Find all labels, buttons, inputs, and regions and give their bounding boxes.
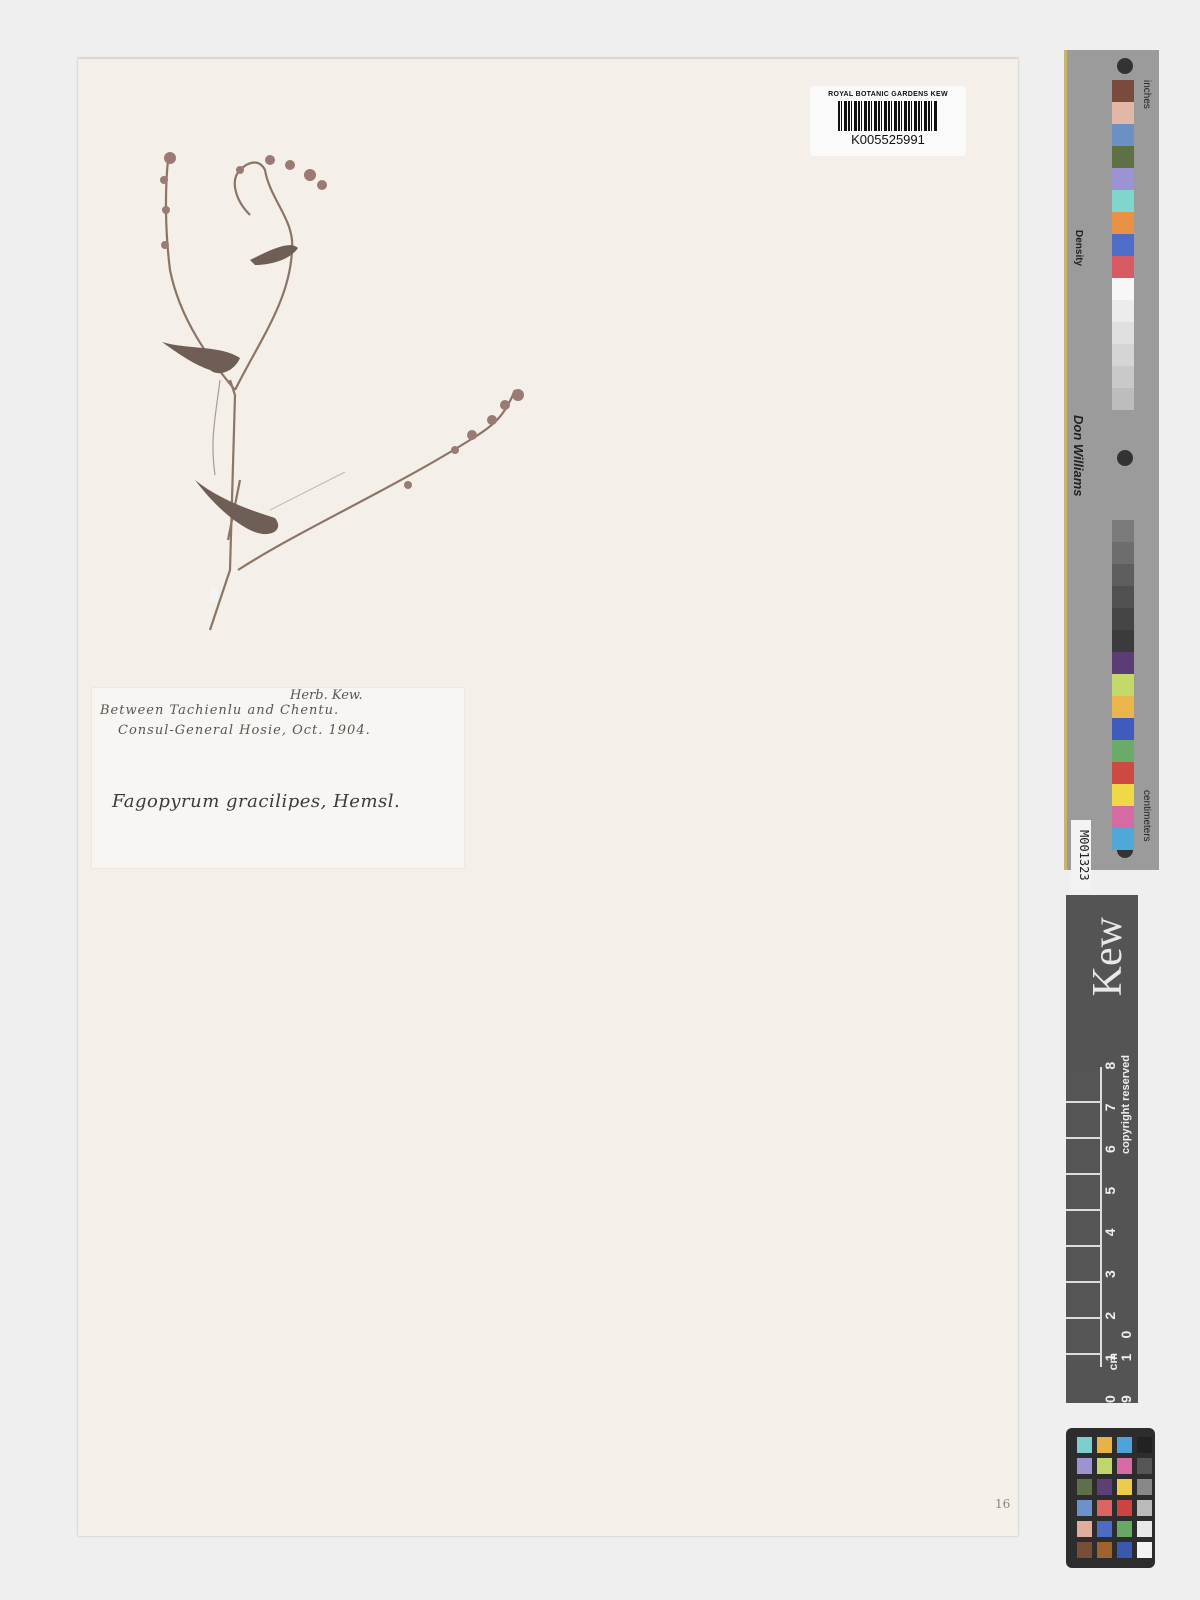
color-patch xyxy=(1137,1521,1152,1537)
color-patch xyxy=(1112,520,1134,542)
color-patch xyxy=(1112,542,1134,564)
color-patch xyxy=(1137,1542,1152,1558)
centimeters-label: centimeters xyxy=(1141,790,1152,842)
sheet-number: 16 xyxy=(995,1497,1010,1511)
color-patch xyxy=(1112,608,1134,630)
color-patch xyxy=(1117,1437,1132,1453)
color-patch xyxy=(1112,102,1134,124)
color-patch xyxy=(1137,1500,1152,1516)
pressed-plant-specimen xyxy=(140,140,540,640)
color-patch xyxy=(1097,1542,1112,1558)
color-density-ruler: inches Density Don Williams centimeters … xyxy=(1064,50,1159,870)
color-patch xyxy=(1112,234,1134,256)
specimen-label: Herb. Kew. Between Tachienlu and Chentu.… xyxy=(92,688,464,868)
color-patch xyxy=(1112,586,1134,608)
color-patch xyxy=(1112,696,1134,718)
color-patch xyxy=(1097,1437,1112,1453)
color-patch xyxy=(1112,278,1134,300)
color-swatches-top xyxy=(1112,80,1134,410)
color-patch xyxy=(1112,300,1134,322)
herbarium-heading: Herb. Kew. xyxy=(290,688,363,703)
color-patch xyxy=(1112,740,1134,762)
cm-unit-label: cm xyxy=(1106,1353,1120,1370)
copyright-text: copyright reserved xyxy=(1120,1055,1132,1154)
color-patch xyxy=(1112,146,1134,168)
locality-text: Between Tachienlu and Chentu. xyxy=(100,703,339,718)
color-patch xyxy=(1112,344,1134,366)
density-label: Density xyxy=(1073,230,1084,266)
color-patch xyxy=(1097,1479,1112,1495)
color-patch xyxy=(1112,322,1134,344)
color-patch-grid xyxy=(1077,1437,1152,1558)
color-patch xyxy=(1112,806,1134,828)
determination-text: Fagopyrum gracilipes, Hemsl. xyxy=(112,791,400,812)
color-patch xyxy=(1117,1521,1132,1537)
kew-scale-ruler: Kew 0 1 2 3 4 5 6 7 8 9 10 copyright res… xyxy=(1066,895,1138,1403)
color-patch xyxy=(1112,256,1134,278)
kew-logo: Kew xyxy=(1084,917,1132,996)
color-patch xyxy=(1112,630,1134,652)
color-patch xyxy=(1112,828,1134,850)
ruler-id: M001323 xyxy=(1071,820,1091,890)
color-patch xyxy=(1112,212,1134,234)
ruler-hole-icon xyxy=(1117,450,1133,466)
color-patch xyxy=(1117,1542,1132,1558)
color-patch xyxy=(1077,1542,1092,1558)
ruler-hole-icon xyxy=(1117,58,1133,74)
color-patch xyxy=(1137,1437,1152,1453)
color-patch xyxy=(1112,366,1134,388)
color-patch xyxy=(1112,168,1134,190)
cm-scale-bar xyxy=(1066,1067,1102,1367)
institution-name: ROYAL BOTANIC GARDENS KEW xyxy=(810,91,966,98)
color-patch xyxy=(1077,1500,1092,1516)
color-patch xyxy=(1137,1479,1152,1495)
color-patch xyxy=(1112,718,1134,740)
color-checker-card xyxy=(1066,1428,1155,1568)
color-patch xyxy=(1077,1479,1092,1495)
color-swatches-bottom xyxy=(1112,520,1134,850)
barcode-number: K005525991 xyxy=(810,132,966,147)
color-patch xyxy=(1112,388,1134,410)
barcode-label: ROYAL BOTANIC GARDENS KEW K005525991 xyxy=(810,86,966,156)
color-patch xyxy=(1112,190,1134,212)
color-patch xyxy=(1112,124,1134,146)
color-patch xyxy=(1112,674,1134,696)
color-patch xyxy=(1117,1479,1132,1495)
color-patch xyxy=(1077,1437,1092,1453)
color-patch xyxy=(1077,1521,1092,1537)
color-patch xyxy=(1097,1458,1112,1474)
barcode-icon xyxy=(838,101,938,131)
color-patch xyxy=(1112,652,1134,674)
color-patch xyxy=(1112,762,1134,784)
color-patch xyxy=(1112,80,1134,102)
color-patch xyxy=(1097,1500,1112,1516)
color-patch xyxy=(1077,1458,1092,1474)
color-patch xyxy=(1112,784,1134,806)
color-patch xyxy=(1117,1500,1132,1516)
color-patch xyxy=(1117,1458,1132,1474)
brand-label: Don Williams xyxy=(1071,415,1086,497)
collector-date-text: Consul-General Hosie, Oct. 1904. xyxy=(118,723,371,738)
color-patch xyxy=(1137,1458,1152,1474)
inches-label: inches xyxy=(1141,80,1152,109)
color-patch xyxy=(1097,1521,1112,1537)
color-patch xyxy=(1112,564,1134,586)
